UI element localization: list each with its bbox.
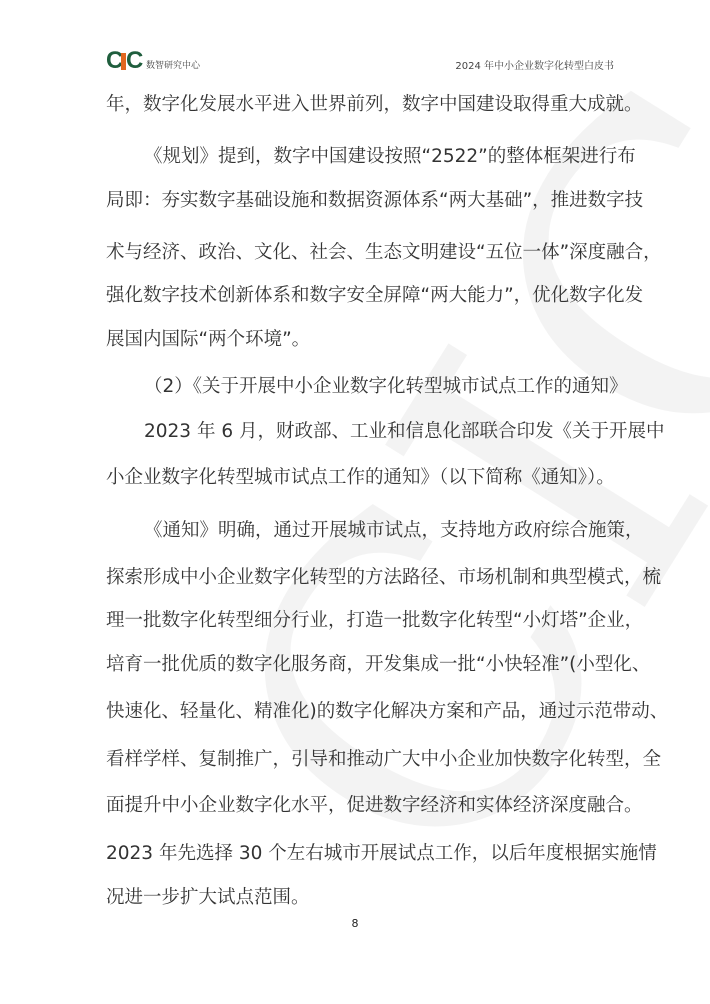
- text-line: 《规划》提到，数字中国建设按照“2522”的整体框架进行布: [144, 145, 636, 169]
- document-title: 2024 年中小企业数字化转型白皮书: [455, 57, 614, 72]
- text-line: 局即：夯实数字基础设施和数据资源体系“两大基础”，推进数字技: [106, 189, 643, 213]
- section-heading: （2）《关于开展中小企业数字化转型城市试点工作的通知》: [144, 375, 628, 399]
- text-line: 展国内国际“两个环境”。: [106, 328, 310, 352]
- text-line: 术与经济、政治、文化、社会、生态文明建设“五位一体”深度融合，: [106, 241, 662, 265]
- text-line: 探索形成中小企业数字化转型的方法路径、市场机制和典型模式，梳: [106, 566, 661, 590]
- text-line: 看样学样、复制推广，引导和推动广大中小企业加快数字化转型，全: [106, 748, 661, 772]
- logo: C C 数智研究中心: [106, 50, 200, 72]
- text-line: 况进一步扩大试点范围。: [106, 886, 310, 910]
- text-line: 快速化、轻量化、精准化)的数字化解决方案和产品，通过示范带动、: [106, 700, 668, 724]
- page-number: 8: [0, 917, 710, 930]
- text-line: 强化数字技术创新体系和数字安全屏障“两大能力”，优化数字化发: [106, 284, 643, 308]
- text-line: 小企业数字化转型城市试点工作的通知》（以下简称《通知》）。: [106, 466, 615, 490]
- text-line: 年，数字化发展水平进入世界前列，数字中国建设取得重大成就。: [106, 93, 643, 117]
- logo-text: 数智研究中心: [146, 58, 200, 71]
- text-line: 《通知》明确，通过开展城市试点，支持地方政府综合施策，: [144, 519, 644, 543]
- cic-logo-icon: C C: [106, 50, 142, 72]
- text-line: 培育一批优质的数字化服务商，开发集成一批“小快轻准”(小型化、: [106, 653, 650, 677]
- text-line: 2023 年先选择 30 个左右城市开展试点工作，以后年度根据实施情: [106, 842, 657, 866]
- text-line: 理一批数字化转型细分行业，打造一批数字化转型“小灯塔”企业，: [106, 609, 643, 633]
- page-header: C C 数智研究中心 2024 年中小企业数字化转型白皮书: [0, 0, 710, 80]
- text-line: 面提升中小企业数字化水平，促进数字经济和实体经济深度融合。: [106, 794, 643, 818]
- text-line: 2023 年 6 月，财政部、工业和信息化部联合印发《关于开展中: [144, 420, 665, 444]
